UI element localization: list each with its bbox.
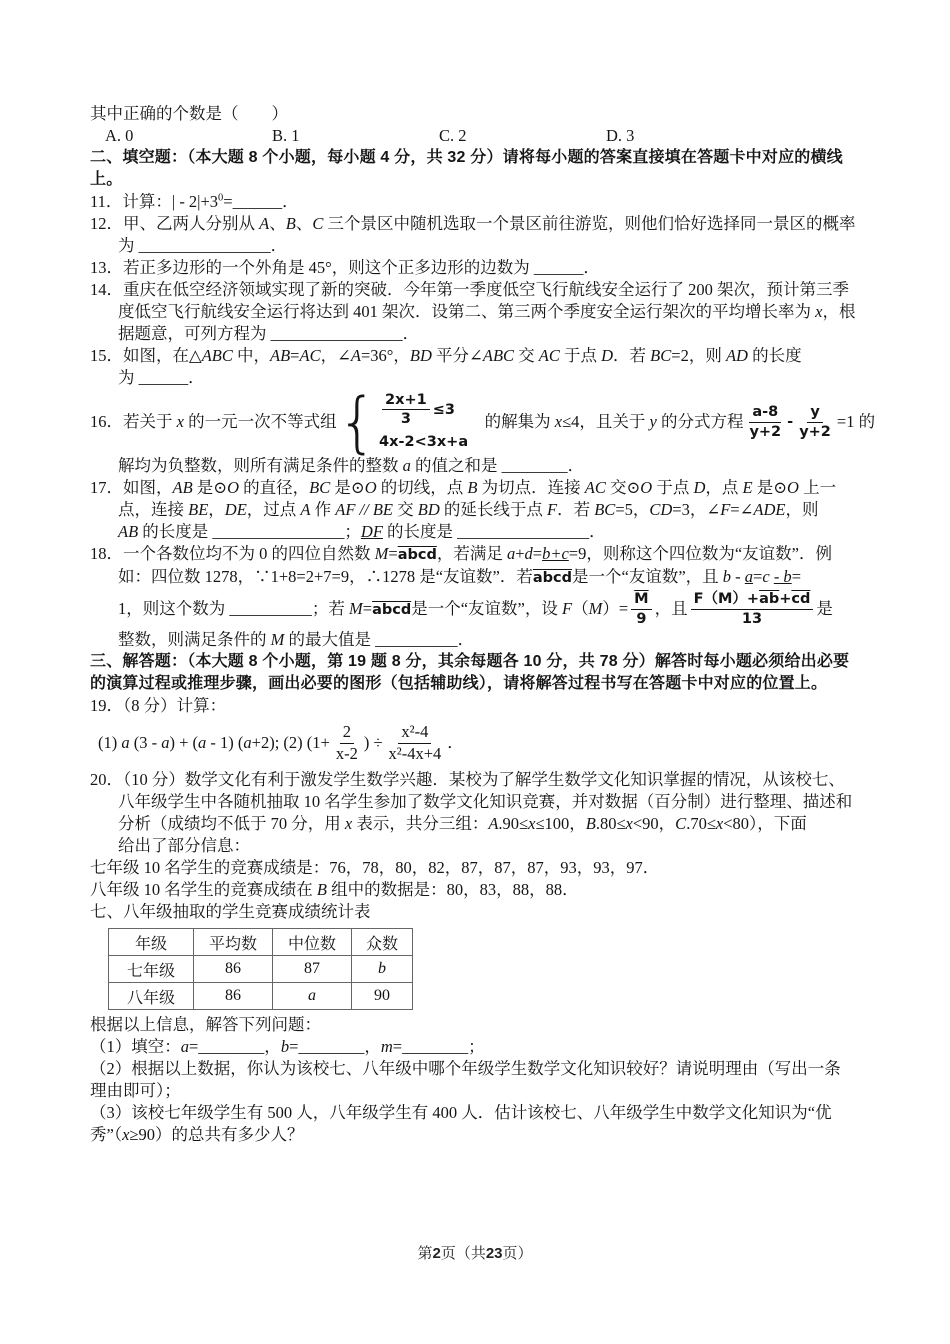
- inequality-2: 4x-2<3x+a: [379, 431, 468, 453]
- grade7-scores: 七年级 10 名学生的竞赛成绩是：76，78，80，82，87，87，87，93…: [90, 857, 882, 879]
- stats-table: 年级 平均数 中位数 众数 七年级8687b八年级86a90: [108, 928, 413, 1010]
- inequality-system: 2x+1 3 ≤3 4x-2<3x+a: [379, 391, 468, 453]
- question-20-line3: 分析（成绩均不低于 70 分，用 x 表示，共分三组：A.90≤x≤100，B.…: [90, 813, 882, 835]
- question-19-line1: 19．（8 分）计算：: [90, 695, 882, 717]
- question-17-line1: 17．如图，AB 是⊙O 的直径，BC 是⊙O 的切线，点 B 为切点．连接 A…: [90, 477, 882, 499]
- page-content: 其中正确的个数是（ ） A. 0 B. 1 C. 2 D. 3 二、填空题：（本…: [90, 103, 882, 1146]
- table-row: 八年级86a90: [109, 983, 413, 1010]
- fraction: y y+2: [796, 403, 834, 440]
- q18-line3-prefix: 1，则这个数为 __________；若 M=abcd是一个“友谊数”，设 F（…: [118, 598, 628, 621]
- question-11: 11．计算：| - 2|+30=______．: [90, 191, 882, 213]
- subquestion-2-line1: （2）根据以上数据，你认为该校七、八年级中哪个年级学生数学文化知识较好？请说明理…: [90, 1058, 882, 1080]
- question-18-line2: 如：四位数 1278，∵1+8=2+7=9，∴1278 是“友谊数”．若abcd…: [90, 566, 882, 589]
- question-12-line1: 12．甲、乙两人分别从 A、B、C 三个景区中随机选取一个景区前往游览，则他们恰…: [90, 213, 882, 235]
- question-12-line2: 为 ________________．: [90, 235, 882, 257]
- q19-formula-prefix: (1) a (3 - a) + (a - 1) (a+2); (2) (1+: [98, 732, 330, 754]
- question-17-line2: 点，连接 BE，DE，过点 A 作 AF // BE 交 BD 的延长线于点 F…: [90, 499, 882, 521]
- question-16-line1: 16．若关于 x 的一元一次不等式组 { 2x+1 3 ≤3 4x-2<3x+a…: [90, 389, 882, 455]
- q16-suffix: =1 的: [837, 411, 875, 433]
- fraction: M 9: [631, 590, 651, 627]
- subquestion-3-line1: （3）该校七年级学生有 500 人，八年级学生有 400 人．估计该校七、八年级…: [90, 1102, 882, 1124]
- option-a: A. 0: [105, 125, 272, 147]
- subquestion-1: （1）填空：a=________，b=________，m=________；: [90, 1036, 882, 1058]
- question-15-line1: 15．如图，在△ABC 中，AB=AC，∠A=36°，BD 平分∠ABC 交 A…: [90, 345, 882, 367]
- question-stem-remainder: 其中正确的个数是（ ）: [90, 103, 882, 125]
- question-20-line1: 20．（10 分）数学文化有利于激发学生数学兴趣．某校为了解学生数学文化知识掌握…: [90, 769, 882, 791]
- header-grade: 年级: [109, 929, 194, 956]
- question-18-line1: 18．一个各数位均不为 0 的四位自然数 M=abcd，若满足 a+d=b+c=…: [90, 543, 882, 566]
- table-cell: 87: [273, 956, 352, 983]
- system-brace: {: [338, 389, 377, 455]
- question-17-line3: AB 的长度是 ________________；DF 的长度是 _______…: [90, 521, 882, 543]
- table-cell: 90: [352, 983, 413, 1010]
- stats-table-head: 年级 平均数 中位数 众数: [109, 929, 413, 956]
- question-18-line4: 整数，则满足条件的 M 的最大值是 __________．: [90, 629, 882, 651]
- question-20-line2: 八年级学生中各随机抽取 10 名学生参加了数学文化知识竞赛，并对数据（百分制）进…: [90, 791, 882, 813]
- option-d: D. 3: [606, 125, 773, 147]
- table-cell: 八年级: [109, 983, 194, 1010]
- option-c: C. 2: [439, 125, 606, 147]
- question-14-line2: 度低空飞行航线安全运行将达到 401 架次．设第二、第三两个季度安全运行架次的平…: [90, 301, 882, 323]
- question-18-line3: 1，则这个数为 __________；若 M=abcd是一个“友谊数”，设 F（…: [90, 589, 882, 629]
- fraction: 2 x-2: [333, 722, 361, 764]
- page-footer: 第2页（共23页）: [0, 1242, 950, 1263]
- q16-middle: 的解集为 x≤4，且关于 y 的分式方程: [468, 411, 743, 433]
- inequality-1: 2x+1 3 ≤3: [379, 391, 455, 428]
- post-table-intro: 根据以上信息，解答下列问题：: [90, 1014, 882, 1036]
- header-mode: 众数: [352, 929, 413, 956]
- table-cell: b: [352, 956, 413, 983]
- minus-sign: -: [787, 411, 793, 433]
- fraction: a-8 y+2: [746, 403, 784, 440]
- choice-options-row: A. 0 B. 1 C. 2 D. 3: [90, 125, 882, 147]
- table-cell: 七年级: [109, 956, 194, 983]
- option-b: B. 1: [272, 125, 439, 147]
- q18-line3-middle: ，且: [655, 598, 688, 620]
- table-row: 七年级8687b: [109, 956, 413, 983]
- fraction: F（M）+ab+cd 13: [691, 590, 814, 627]
- header-median: 中位数: [273, 929, 352, 956]
- q19-formula-middle: ) ÷: [364, 732, 383, 754]
- subquestion-2-line2: 理由即可）；: [90, 1080, 882, 1102]
- question-15-line2: 为 ______．: [90, 367, 882, 389]
- grade8-scores: 八年级 10 名学生的竞赛成绩在 B 组中的数据是：80，83，88，88．: [90, 879, 882, 901]
- section3-heading-line1: 三、解答题：（本大题 8 个小题，第 19 题 8 分，其余每题各 10 分，共…: [90, 651, 882, 673]
- table-cell: 86: [194, 956, 273, 983]
- question-13: 13．若正多边形的一个外角是 45°，则这个正多边形的边数为 ______．: [90, 257, 882, 279]
- table-header-row: 年级 平均数 中位数 众数: [109, 929, 413, 956]
- fraction: x²-4 x²-4x+4: [386, 722, 445, 764]
- table-caption: 七、八年级抽取的学生竞赛成绩统计表: [90, 901, 882, 923]
- question-19-formulas: (1) a (3 - a) + (a - 1) (a+2); (2) (1+ 2…: [90, 717, 882, 769]
- question-16-line2: 解均为负整数，则所有满足条件的整数 a 的值之和是 ________．: [90, 455, 882, 477]
- q16-prefix: 16．若关于 x 的一元一次不等式组: [90, 411, 337, 433]
- header-mean: 平均数: [194, 929, 273, 956]
- fraction: 2x+1 3: [382, 391, 430, 428]
- section2-heading-line2: 上。: [90, 169, 882, 191]
- stats-table-body: 七年级8687b八年级86a90: [109, 956, 413, 1010]
- subquestion-3-line2: 秀”（x≥90）的总共有多少人？: [90, 1124, 882, 1146]
- table-cell: a: [273, 983, 352, 1010]
- question-20-line4: 给出了部分信息：: [90, 835, 882, 857]
- section2-heading-line1: 二、填空题：（本大题 8 个小题，每小题 4 分，共 32 分）请将每小题的答案…: [90, 147, 882, 169]
- exam-page: { "page": {"background": "#ffffff", "tex…: [0, 0, 950, 1344]
- q19-formula-suffix: ．: [447, 732, 464, 754]
- question-14-line3: 据题意，可列方程为 ________________．: [90, 323, 882, 345]
- question-14-line1: 14．重庆在低空经济领域实现了新的突破．今年第一季度低空飞行航线安全运行了 20…: [90, 279, 882, 301]
- section3-heading-line2: 的演算过程或推理步骤，画出必要的图形（包括辅助线），请将解答过程书写在答题卡中对…: [90, 673, 882, 695]
- q18-line3-suffix: 是: [816, 598, 833, 620]
- table-cell: 86: [194, 983, 273, 1010]
